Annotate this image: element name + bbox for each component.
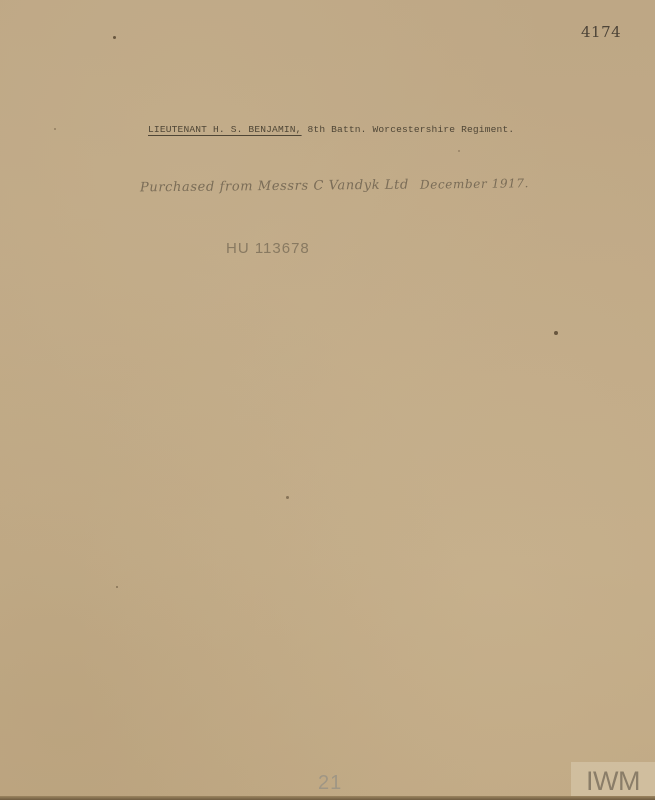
unit-text: 8th Battn. Worcestershire Regiment.: [302, 124, 515, 135]
paper-speck: [113, 36, 116, 39]
iwm-watermark: IWM: [571, 762, 655, 800]
paper-speck: [458, 150, 460, 152]
typed-caption: LIEUTENANT H. S. BENJAMIN, 8th Battn. Wo…: [148, 124, 514, 135]
officer-name: LIEUTENANT H. S. BENJAMIN,: [148, 124, 302, 135]
paper-speck: [286, 496, 289, 499]
archive-card: 4174 LIEUTENANT H. S. BENJAMIN, 8th Batt…: [0, 0, 655, 800]
paper-speck: [54, 128, 56, 130]
purchase-date: December 1917.: [420, 176, 529, 192]
reference-number: 4174: [581, 23, 621, 41]
catalogue-number: HU 113678: [226, 240, 310, 257]
bottom-edge: [0, 796, 655, 800]
paper-speck: [554, 331, 558, 335]
watermark-label: IWM: [586, 766, 640, 797]
bottom-pencil-mark: 21: [318, 772, 342, 795]
purchase-note: Purchased from Messrs C Vandyk Ltd: [140, 178, 409, 196]
paper-speck: [116, 586, 118, 588]
